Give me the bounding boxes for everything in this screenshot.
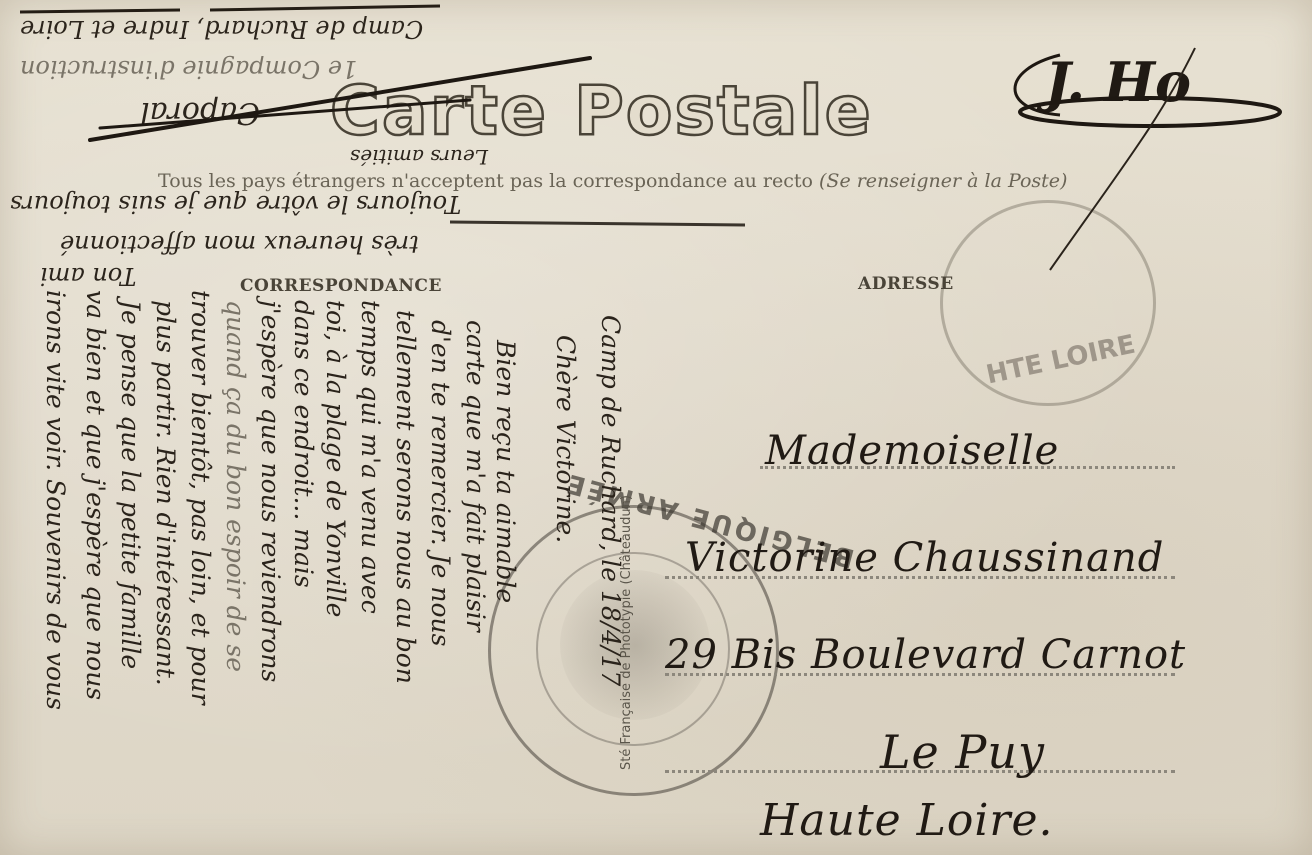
address-region: Haute Loire. [760,795,1054,846]
upside-down-line: très heureux mon affectionné [60,230,419,258]
notice-italic: (Se renseigner à la Poste) [819,170,1067,192]
printed-notice: Tous les pays étrangers n'acceptent pas … [158,170,1067,192]
message-line: j'espère que nous reviendrons [256,300,285,682]
notice-main: Tous les pays étrangers n'acceptent pas … [158,170,813,192]
address-salutation: Mademoiselle [765,428,1059,474]
upside-down-line: Leurs amitiés [350,145,488,169]
message-line: Bien reçu ta aimable [491,340,520,603]
address-label: ADRESSE [858,274,954,294]
message-line: temps qui m'a venu avec [356,300,385,614]
message-dateline: Camp de Ruchard, le 18/4/17 [596,315,625,686]
title-word-carte: Carte [330,72,548,151]
upside-down-line: Ton ami [40,262,136,290]
correspondence-label: CORRESPONDANCE [240,276,442,296]
address-street: 29 Bis Boulevard Carnot [665,632,1186,678]
message-line: irons vite voir. Souvenirs de vous [41,290,70,710]
upside-down-line: Caporal [140,95,260,130]
message-line: d'en te remercier. Je nous [426,320,455,646]
signature-annotation: J. Ho [1045,50,1191,114]
message-line: plus partir. Rien d'intéressant. [151,300,180,686]
upside-down-line: 1e Compagnie d'instruction [20,55,357,83]
message-line: Je pense que la petite famille [116,300,145,669]
address-city: Le Puy [880,725,1045,779]
upside-down-line: Camp de Ruchard, Indre et Loire [20,15,423,43]
address-name: Victorine Chaussinand [685,535,1164,581]
title-word-postale: Postale [574,72,873,151]
postcard: HTE LOIRE BELGIQUE ARMÉE CartePostale To… [0,0,1312,855]
message-line: tellement serons nous au bon [391,310,420,684]
message-line: quand ça du bon espoir de se [221,300,250,672]
message-line: carte que m'a fait plaisir [461,320,490,632]
card-title: CartePostale [330,72,899,151]
message-line: va bien et que j'espère que nous [81,290,110,700]
message-line: toi, à la plage de Yonville [321,300,350,617]
message-line: dans ce endroit... mais [289,300,318,588]
message-greeting: Chère Victorine. [551,335,580,543]
message-line: trouver bientôt, pas loin, et pour [186,290,215,705]
upside-down-line: Toujours le vôtre que je suis toujours [10,190,461,218]
